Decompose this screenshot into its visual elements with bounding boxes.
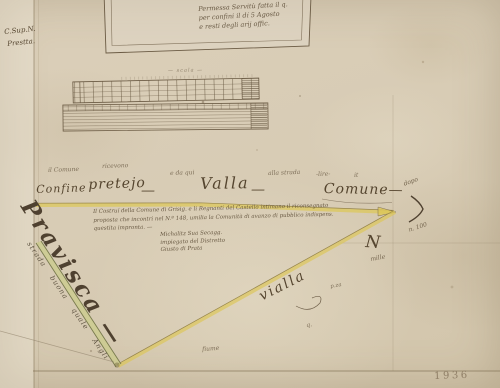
speck [90,350,92,352]
boundary-label-confine: Confine [36,182,87,195]
speck [202,101,205,104]
tiny-annotation: q. [306,322,313,329]
faint-word: alla strada [268,170,300,177]
archive-year: 1936 [434,371,470,382]
drawing-top-band [73,74,259,103]
faint-word: e da qui [170,170,195,177]
boundary-dash: — [141,184,155,198]
vialla-swash [296,296,321,309]
speck [299,95,301,97]
faint-word: it [354,173,359,179]
faint-word: -lire- [316,172,331,178]
speck [451,286,454,289]
boundary-label-pretejo: pretejo [88,176,146,192]
tiny-annotation: fiume [202,346,219,353]
speck [422,61,424,63]
drawing-bottom-band [63,103,268,131]
boundary-label-comune: Comune— [324,182,404,197]
boundary-dash: — [251,183,265,197]
map-sheet: C.Sup.N. Prestta. Permessa Servitù fatta… [0,0,500,388]
drawing-caption: — scala — [168,68,203,74]
speck [256,149,258,151]
signature-block: Michalitz Sua Secagg. impiegato del Dist… [160,230,225,255]
boundary-hypotenuse-ink [117,211,394,365]
faint-word: ricevono [102,163,128,170]
boundary-label-valla: Valla [200,175,250,192]
n-mark: N [365,234,381,252]
apex-chevron [409,196,423,222]
vertex-blot [114,362,119,367]
faint-word: il Comune [48,167,79,174]
